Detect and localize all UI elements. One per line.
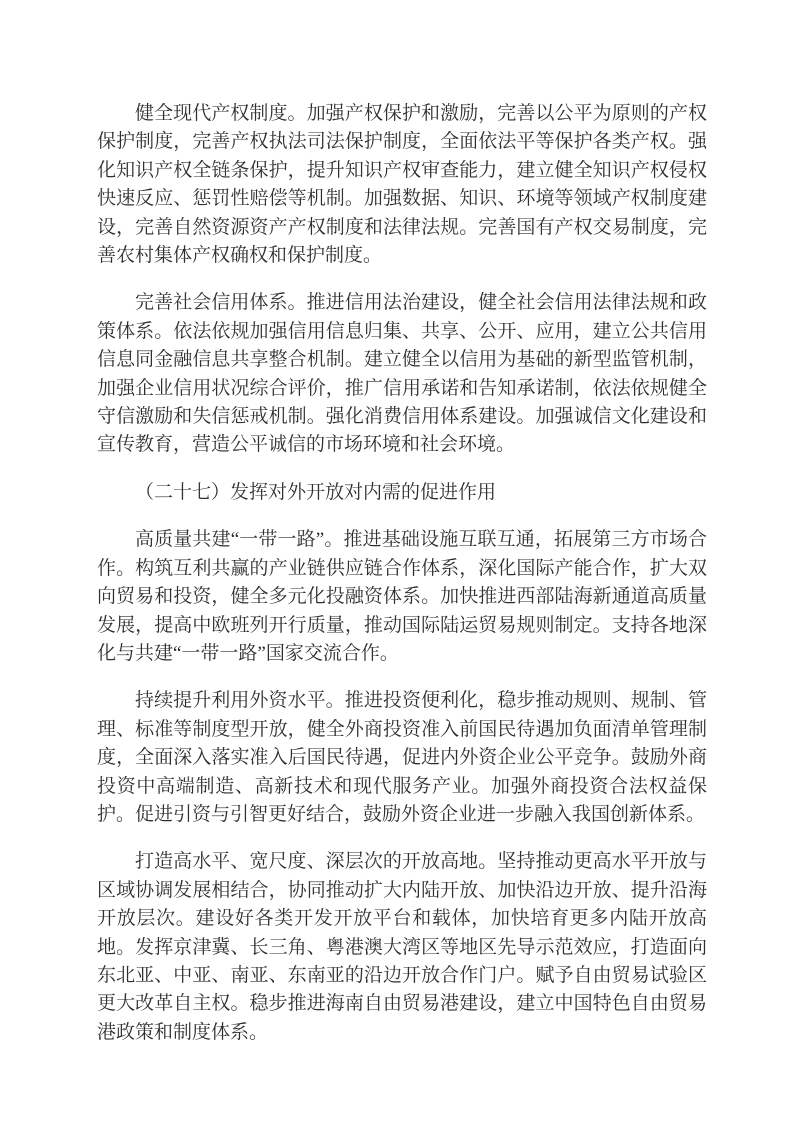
body-paragraph: 健全现代产权制度。加强产权保护和激励，完善以公平为原则的产权保护制度，完善产权执… <box>97 100 707 270</box>
document-content: 健全现代产权制度。加强产权保护和激励，完善以公平为原则的产权保护制度，完善产权执… <box>97 100 707 1066</box>
section-heading: （二十七）发挥对外开放对内需的促进作用 <box>97 479 707 507</box>
body-paragraph: 完善社会信用体系。推进信用法治建设，健全社会信用法律法规和政策体系。依法依规加强… <box>97 289 707 459</box>
document-page: 健全现代产权制度。加强产权保护和激励，完善以公平为原则的产权保护制度，完善产权执… <box>0 0 793 1122</box>
body-paragraph: 打造高水平、宽尺度、深层次的开放高地。坚持推动更高水平开放与区域协调发展相结合，… <box>97 848 707 1047</box>
body-paragraph: 高质量共建“一带一路”。推进基础设施互联互通，拓展第三方市场合作。构筑互利共赢的… <box>97 526 707 668</box>
body-paragraph: 持续提升利用外资水平。推进投资便利化，稳步推动规则、规制、管理、标准等制度型开放… <box>97 687 707 829</box>
